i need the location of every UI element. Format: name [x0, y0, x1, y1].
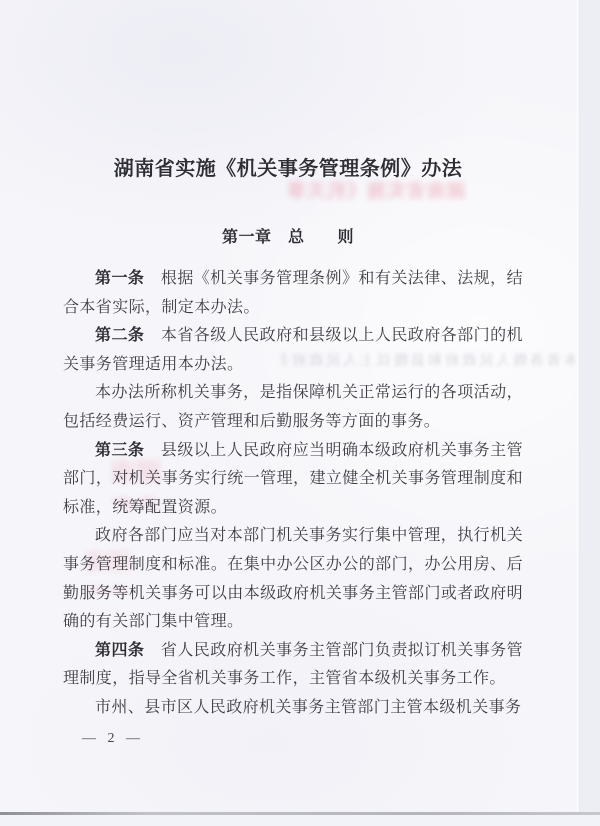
paragraph-text: 市州、县市区人民政府机关事务主管部门主管本级机关事务	[95, 699, 521, 716]
document-title: 湖南省实施《机关事务管理条例》办法	[55, 152, 521, 181]
chapter-heading: 第一章 总 则	[55, 224, 521, 247]
scan-edge-bottom-strip	[0, 815, 600, 826]
paragraph-text: 本办法所称机关事务，是指保障机关正常运行的各项活动，包括经费运行、资产管理和后勤…	[63, 384, 523, 430]
paragraph-text: 政府各部门应当对本部门机关事务实行集中管理，执行机关事务管理制度和标准。在集中办…	[63, 527, 523, 630]
paragraph: 政府各部门应当对本部门机关事务实行集中管理，执行机关事务管理制度和标准。在集中办…	[63, 522, 523, 636]
page-number: — 2 —	[82, 731, 144, 747]
scanned-document-page: 湖南省实施《机关事务管理条例》办法 本省各级人民政府和县级以上人民政府各部门的机…	[0, 0, 600, 826]
clause-label: 第三条	[95, 442, 144, 459]
clause-label: 第一条	[95, 270, 144, 287]
paragraph: 第三条 县级以上人民政府应当明确本级政府机关事务主管部门，对机关事务实行统一管理…	[63, 437, 523, 523]
paragraph: 第四条 省人民政府机关事务主管部门负责拟订机关事务管理制度，指导全省机关事务工作…	[63, 637, 523, 694]
clause-label: 第四条	[95, 642, 144, 659]
paragraph: 本办法所称机关事务，是指保障机关正常运行的各项活动，包括经费运行、资产管理和后勤…	[63, 379, 523, 436]
paragraph: 第一条 根据《机关事务管理条例》和有关法律、法规，结合本省实际，制定本办法。	[63, 265, 523, 322]
paragraph: 第二条 本省各级人民政府和县级以上人民政府各部门的机关事务管理适用本办法。	[63, 322, 523, 379]
body-text: 第一条 根据《机关事务管理条例》和有关法律、法规，结合本省实际，制定本办法。第二…	[63, 265, 523, 723]
scan-edge-right-strip	[580, 0, 600, 826]
paragraph: 市州、县市区人民政府机关事务主管部门主管本级机关事务	[63, 694, 523, 723]
clause-label: 第二条	[95, 327, 144, 344]
